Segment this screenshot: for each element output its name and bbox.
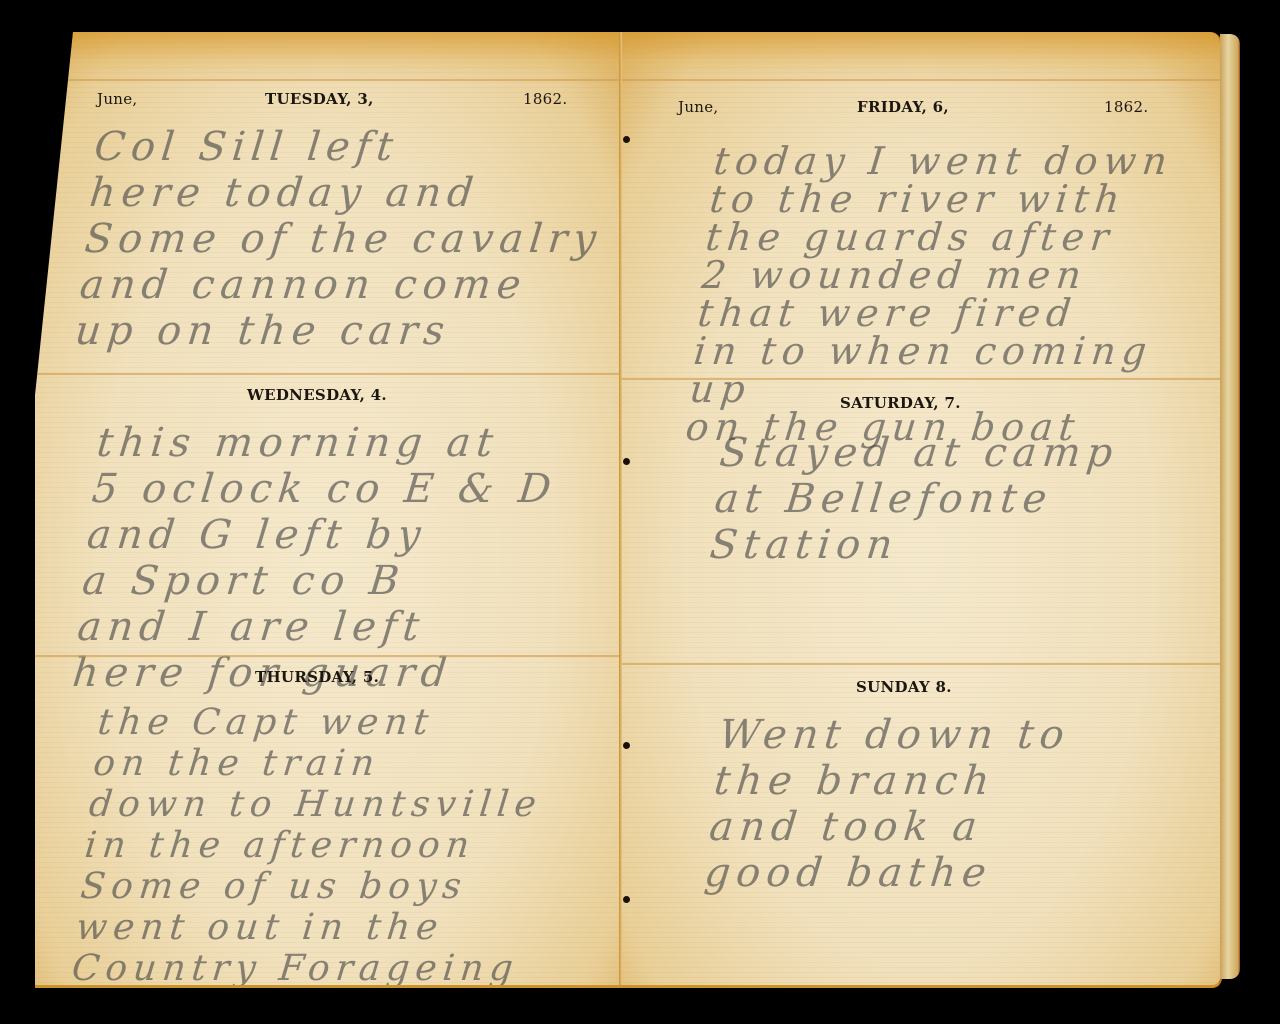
day-heading-sunday: SUNDAY 8. xyxy=(856,678,952,696)
diary-entry-saturday: Stayed at camp at Bellefonte Station xyxy=(708,430,1121,568)
diary-entry-tuesday: Col Sill left here today and Some of the… xyxy=(73,124,614,354)
header-rule xyxy=(35,79,620,81)
day-heading-thursday: THURSDAY, 5. xyxy=(255,668,379,686)
diary-entry-sunday: Went down to the branch and took a good … xyxy=(702,712,1072,896)
binding-hole xyxy=(623,136,630,143)
book-spine xyxy=(619,32,622,985)
right-diary-page: June, FRIDAY, 6, 1862. today I went down… xyxy=(620,32,1222,988)
header-rule xyxy=(620,79,1220,81)
day-heading-wednesday: WEDNESDAY, 4. xyxy=(247,386,387,404)
section-divider xyxy=(35,373,620,375)
day-heading-tuesday: TUESDAY, 3, xyxy=(265,90,374,108)
month-label: June, xyxy=(97,90,137,108)
section-divider xyxy=(35,655,620,657)
section-divider xyxy=(620,663,1220,665)
diary-entry-thursday: the Capt went on the train down to Hunts… xyxy=(70,702,553,988)
year-label: 1862. xyxy=(1104,98,1148,116)
left-diary-page: June, TUESDAY, 3, 1862. Col Sill left he… xyxy=(35,32,620,988)
page-top-stain xyxy=(35,32,620,82)
binding-hole xyxy=(623,458,630,465)
book-edge xyxy=(1220,34,1240,979)
day-heading-saturday: SATURDAY, 7. xyxy=(840,394,961,412)
month-label: June, xyxy=(678,98,718,116)
section-divider xyxy=(620,378,1220,380)
page-top-stain xyxy=(620,32,1220,82)
year-label: 1862. xyxy=(523,90,567,108)
binding-hole xyxy=(623,742,630,749)
day-heading-friday: FRIDAY, 6, xyxy=(857,98,949,116)
binding-hole xyxy=(623,896,630,903)
